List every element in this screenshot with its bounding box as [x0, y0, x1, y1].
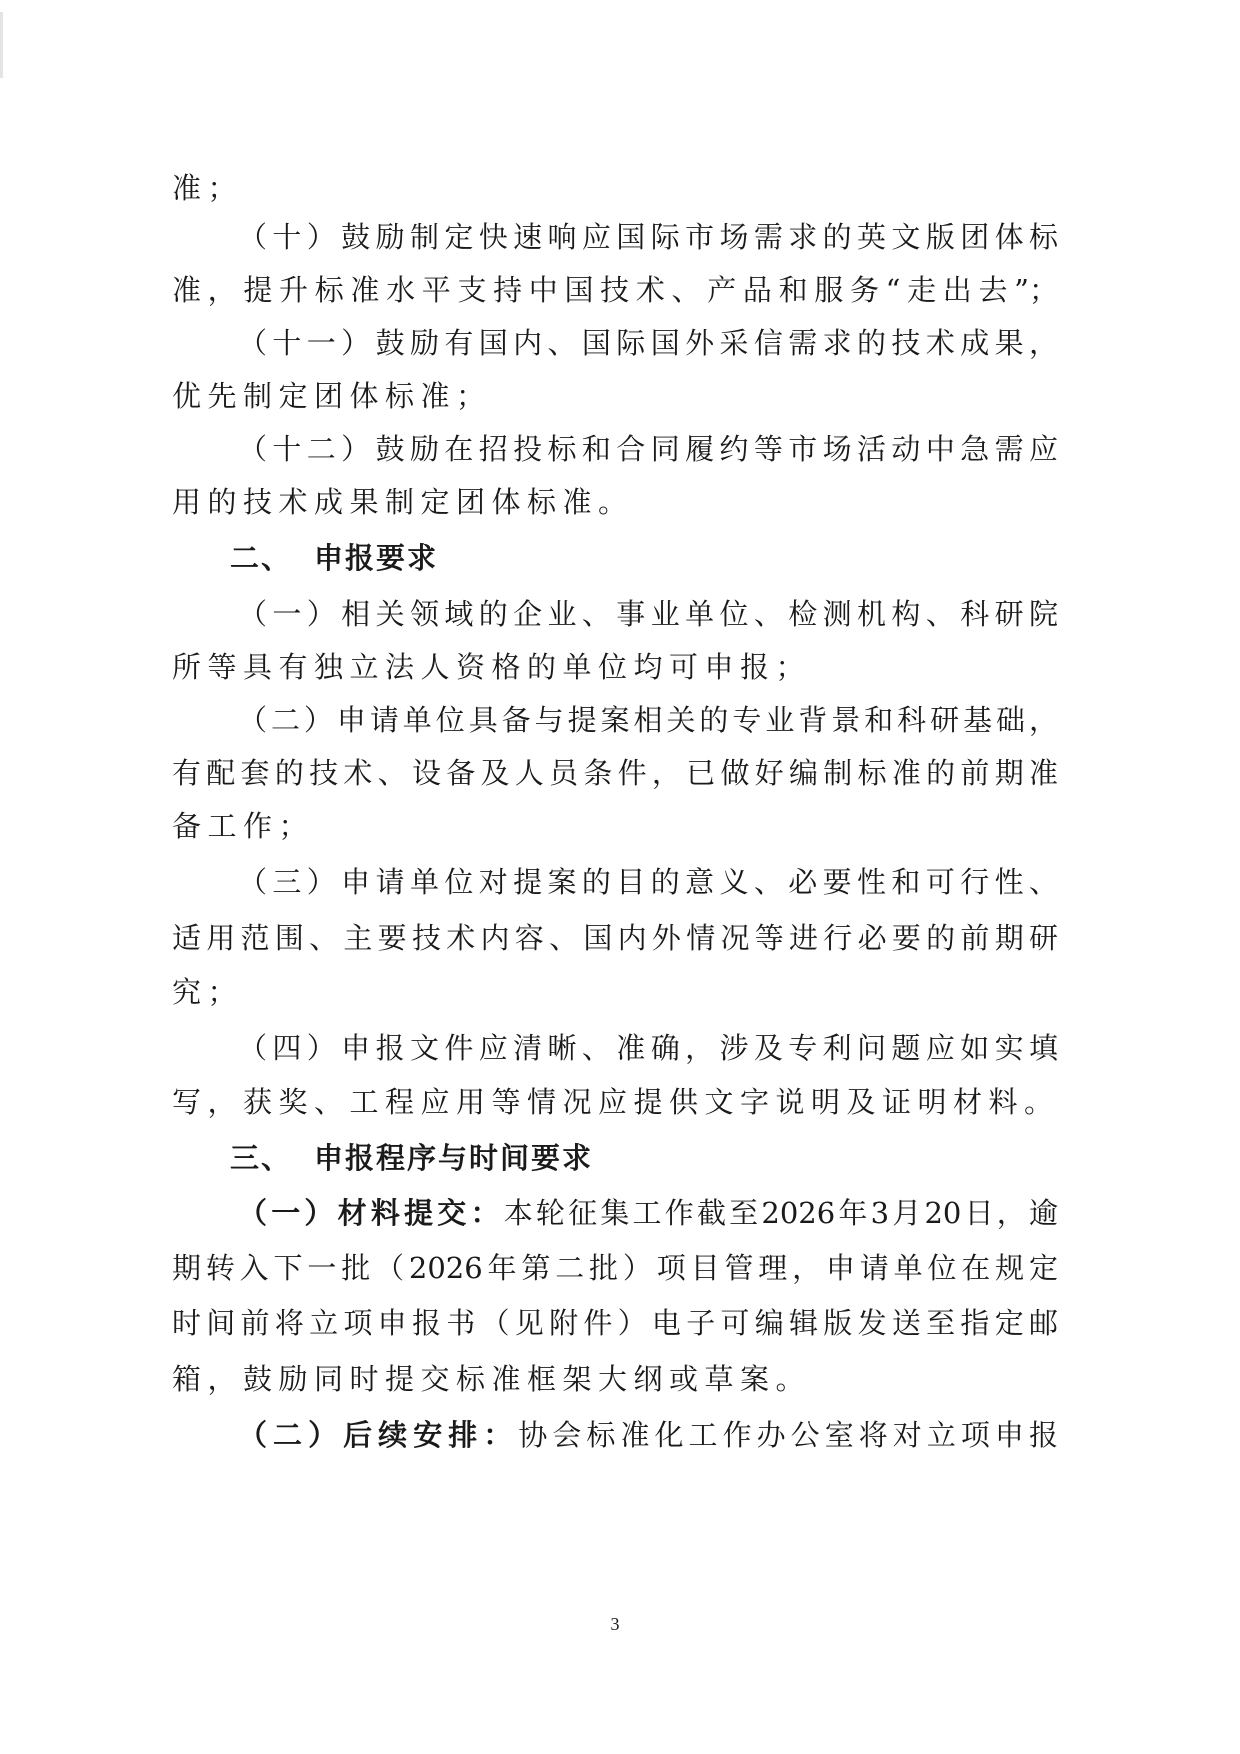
paragraph-line: 所等具有独立法人资格的单位均可申报；: [172, 647, 1058, 687]
section-heading-3: 三、申报程序与时间要求: [230, 1138, 1116, 1178]
paragraph-line: 用的技术成果制定团体标准。: [172, 482, 1058, 522]
item-text: 本轮征集工作截至2026年3月20日，逾: [504, 1196, 1058, 1230]
paragraph-line: 期转入下一批（2026年第二批）项目管理，申请单位在规定: [172, 1248, 1058, 1288]
paragraph-item-11: （十一）鼓励有国内、国际国外采信需求的技术成果，: [238, 323, 1058, 363]
paragraph-line: 写，获奖、工程应用等情况应提供文字说明及证明材料。: [172, 1082, 1058, 1122]
paragraph-line: 时间前将立项申报书（见附件）电子可编辑版发送至指定邮: [172, 1303, 1058, 1343]
item-lead-followup: （二）后续安排：: [238, 1418, 518, 1452]
paragraph-item-1: （一）相关领域的企业、事业单位、检测机构、科研院: [238, 594, 1058, 634]
paragraph-item-12: （十二）鼓励在招投标和合同履约等市场活动中急需应: [238, 429, 1058, 469]
paragraph-item-2: （二）申请单位具备与提案相关的专业背景和科研基础，: [238, 700, 1058, 740]
scan-edge-artifact: [0, 12, 3, 78]
paragraph-line: 适用范围、主要技术内容、国内外情况等进行必要的前期研: [172, 918, 1058, 958]
document-page: 准； （十）鼓励制定快速响应国际市场需求的英文版团体标 准，提升标准水平支持中国…: [172, 0, 1058, 1754]
page-number: 3: [172, 1612, 1058, 1636]
paragraph-line: 优先制定团体标准；: [172, 376, 1058, 416]
paragraph-line: 准，提升标准水平支持中国技术、产品和服务“走出去”；: [172, 270, 1058, 310]
section-number: 二、: [230, 541, 292, 575]
paragraph-item-10: （十）鼓励制定快速响应国际市场需求的英文版团体标: [238, 217, 1058, 257]
paragraph-item-3: （三）申请单位对提案的目的意义、必要性和可行性、: [238, 862, 1058, 902]
item-text: 协会标准化工作办公室将对立项申报: [518, 1418, 1058, 1452]
section-number: 三、: [230, 1141, 292, 1175]
paragraph-item-materials: （一）材料提交：本轮征集工作截至2026年3月20日，逾: [238, 1193, 1058, 1233]
paragraph-line: 备工作；: [172, 806, 1058, 846]
paragraph-item-4: （四）申报文件应清晰、准确，涉及专利问题应如实填: [238, 1028, 1058, 1068]
paragraph-line: 有配套的技术、设备及人员条件，已做好编制标准的前期准: [172, 753, 1058, 793]
paragraph-line: 准；: [172, 168, 1058, 208]
section-title: 申报程序与时间要求: [314, 1141, 593, 1175]
item-lead-materials: （一）材料提交：: [238, 1196, 504, 1230]
paragraph-item-followup: （二）后续安排：协会标准化工作办公室将对立项申报: [238, 1415, 1058, 1455]
section-heading-2: 二、申报要求: [230, 538, 1116, 578]
section-title: 申报要求: [314, 541, 438, 575]
paragraph-line: 究；: [172, 972, 1058, 1012]
paragraph-line: 箱，鼓励同时提交标准框架大纲或草案。: [172, 1359, 1058, 1399]
